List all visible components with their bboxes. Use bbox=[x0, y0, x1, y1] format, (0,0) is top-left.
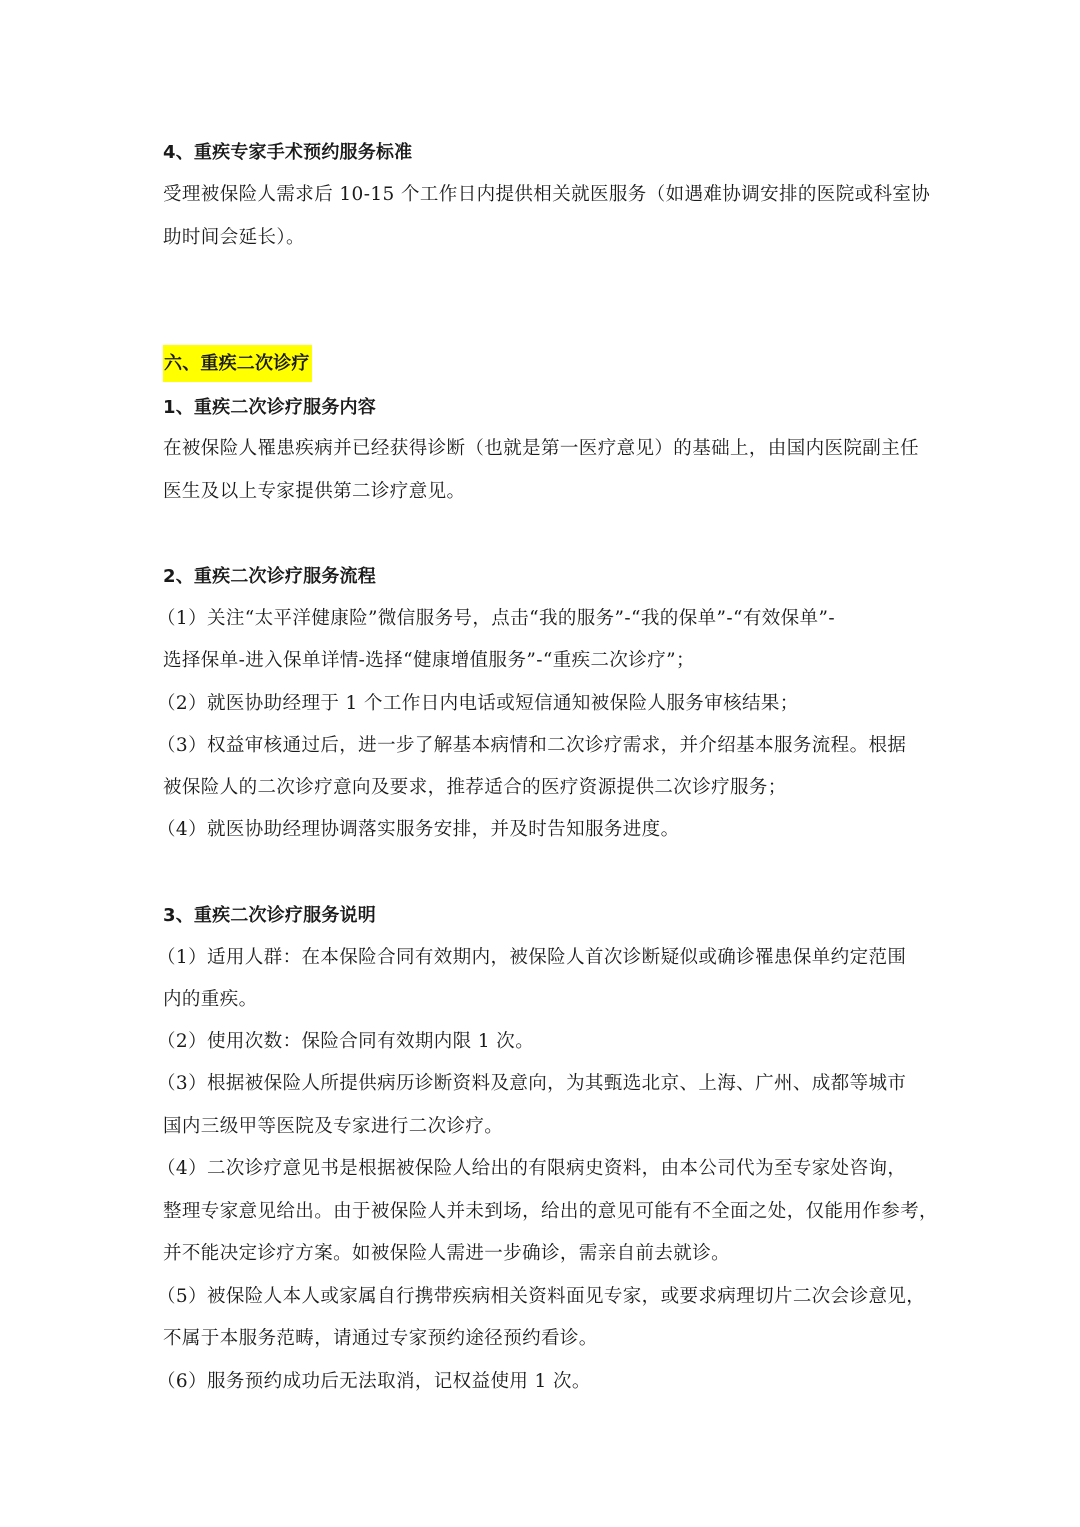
subsection-heading-content: 1、重疾二次诊疗服务内容 bbox=[163, 396, 376, 420]
subsection-heading-process: 2、重疾二次诊疗服务流程 bbox=[163, 565, 376, 589]
note-line: （2）使用次数：保险合同有效期内限 1 次。 bbox=[157, 1030, 534, 1054]
note-line: （3）根据被保险人所提供病历诊断资料及意向，为其甄选北京、上海、广州、成都等城市 bbox=[157, 1072, 906, 1096]
process-step-line: 选择保单-进入保单详情-选择“健康增值服务”-“重疾二次诊疗”； bbox=[163, 649, 695, 673]
subsection-heading-notes: 3、重疾二次诊疗服务说明 bbox=[163, 904, 376, 928]
note-line: 整理专家意见给出。由于被保险人并未到场，给出的意见可能有不全面之处，仅能用作参考… bbox=[163, 1200, 938, 1224]
note-line: 内的重疾。 bbox=[163, 988, 258, 1012]
note-line: （1）适用人群：在本保险合同有效期内，被保险人首次诊断疑似或确诊罹患保单约定范围 bbox=[157, 946, 906, 970]
note-line: （6）服务预约成功后无法取消，记权益使用 1 次。 bbox=[157, 1370, 591, 1394]
note-line: 不属于本服务范畴，请通过专家预约途径预约看诊。 bbox=[163, 1327, 598, 1351]
process-step-line: （3）权益审核通过后，进一步了解基本病情和二次诊疗需求，并介绍基本服务流程。根据 bbox=[157, 734, 906, 758]
note-line: 国内三级甲等医院及专家进行二次诊疗。 bbox=[163, 1115, 503, 1139]
process-step-line: 被保险人的二次诊疗意向及要求，推荐适合的医疗资源提供二次诊疗服务； bbox=[163, 776, 787, 800]
section-title-second-opinion: 六、重疾二次诊疗 bbox=[163, 352, 312, 376]
note-line: 并不能决定诊疗方案。如被保险人需进一步确诊，需亲自前去就诊。 bbox=[163, 1242, 730, 1266]
paragraph-line: 医生及以上专家提供第二诊疗意见。 bbox=[163, 480, 465, 504]
process-step-line: （4）就医协助经理协调落实服务安排，并及时告知服务进度。 bbox=[157, 818, 679, 842]
highlighted-title: 六、重疾二次诊疗 bbox=[163, 345, 312, 382]
process-step-line: （1）关注“太平洋健康险”微信服务号，点击“我的服务”-“我的保单”-“有效保单… bbox=[157, 607, 835, 631]
paragraph-line: 助时间会延长）。 bbox=[163, 226, 305, 250]
paragraph-line: 受理被保险人需求后 10-15 个工作日内提供相关就医服务（如遇难协调安排的医院… bbox=[163, 183, 930, 207]
note-line: （5）被保险人本人或家属自行携带疾病相关资料面见专家，或要求病理切片二次会诊意见… bbox=[157, 1285, 925, 1309]
paragraph-line: 在被保险人罹患疾病并已经获得诊断（也就是第一医疗意见）的基础上，由国内医院副主任 bbox=[163, 437, 919, 461]
section-heading-surgery-standard: 4、重疾专家手术预约服务标准 bbox=[163, 141, 412, 165]
note-line: （4）二次诊疗意见书是根据被保险人给出的有限病史资料，由本公司代为至专家处咨询， bbox=[157, 1157, 906, 1181]
process-step-line: （2）就医协助经理于 1 个工作日内电话或短信通知被保险人服务审核结果； bbox=[157, 692, 799, 716]
